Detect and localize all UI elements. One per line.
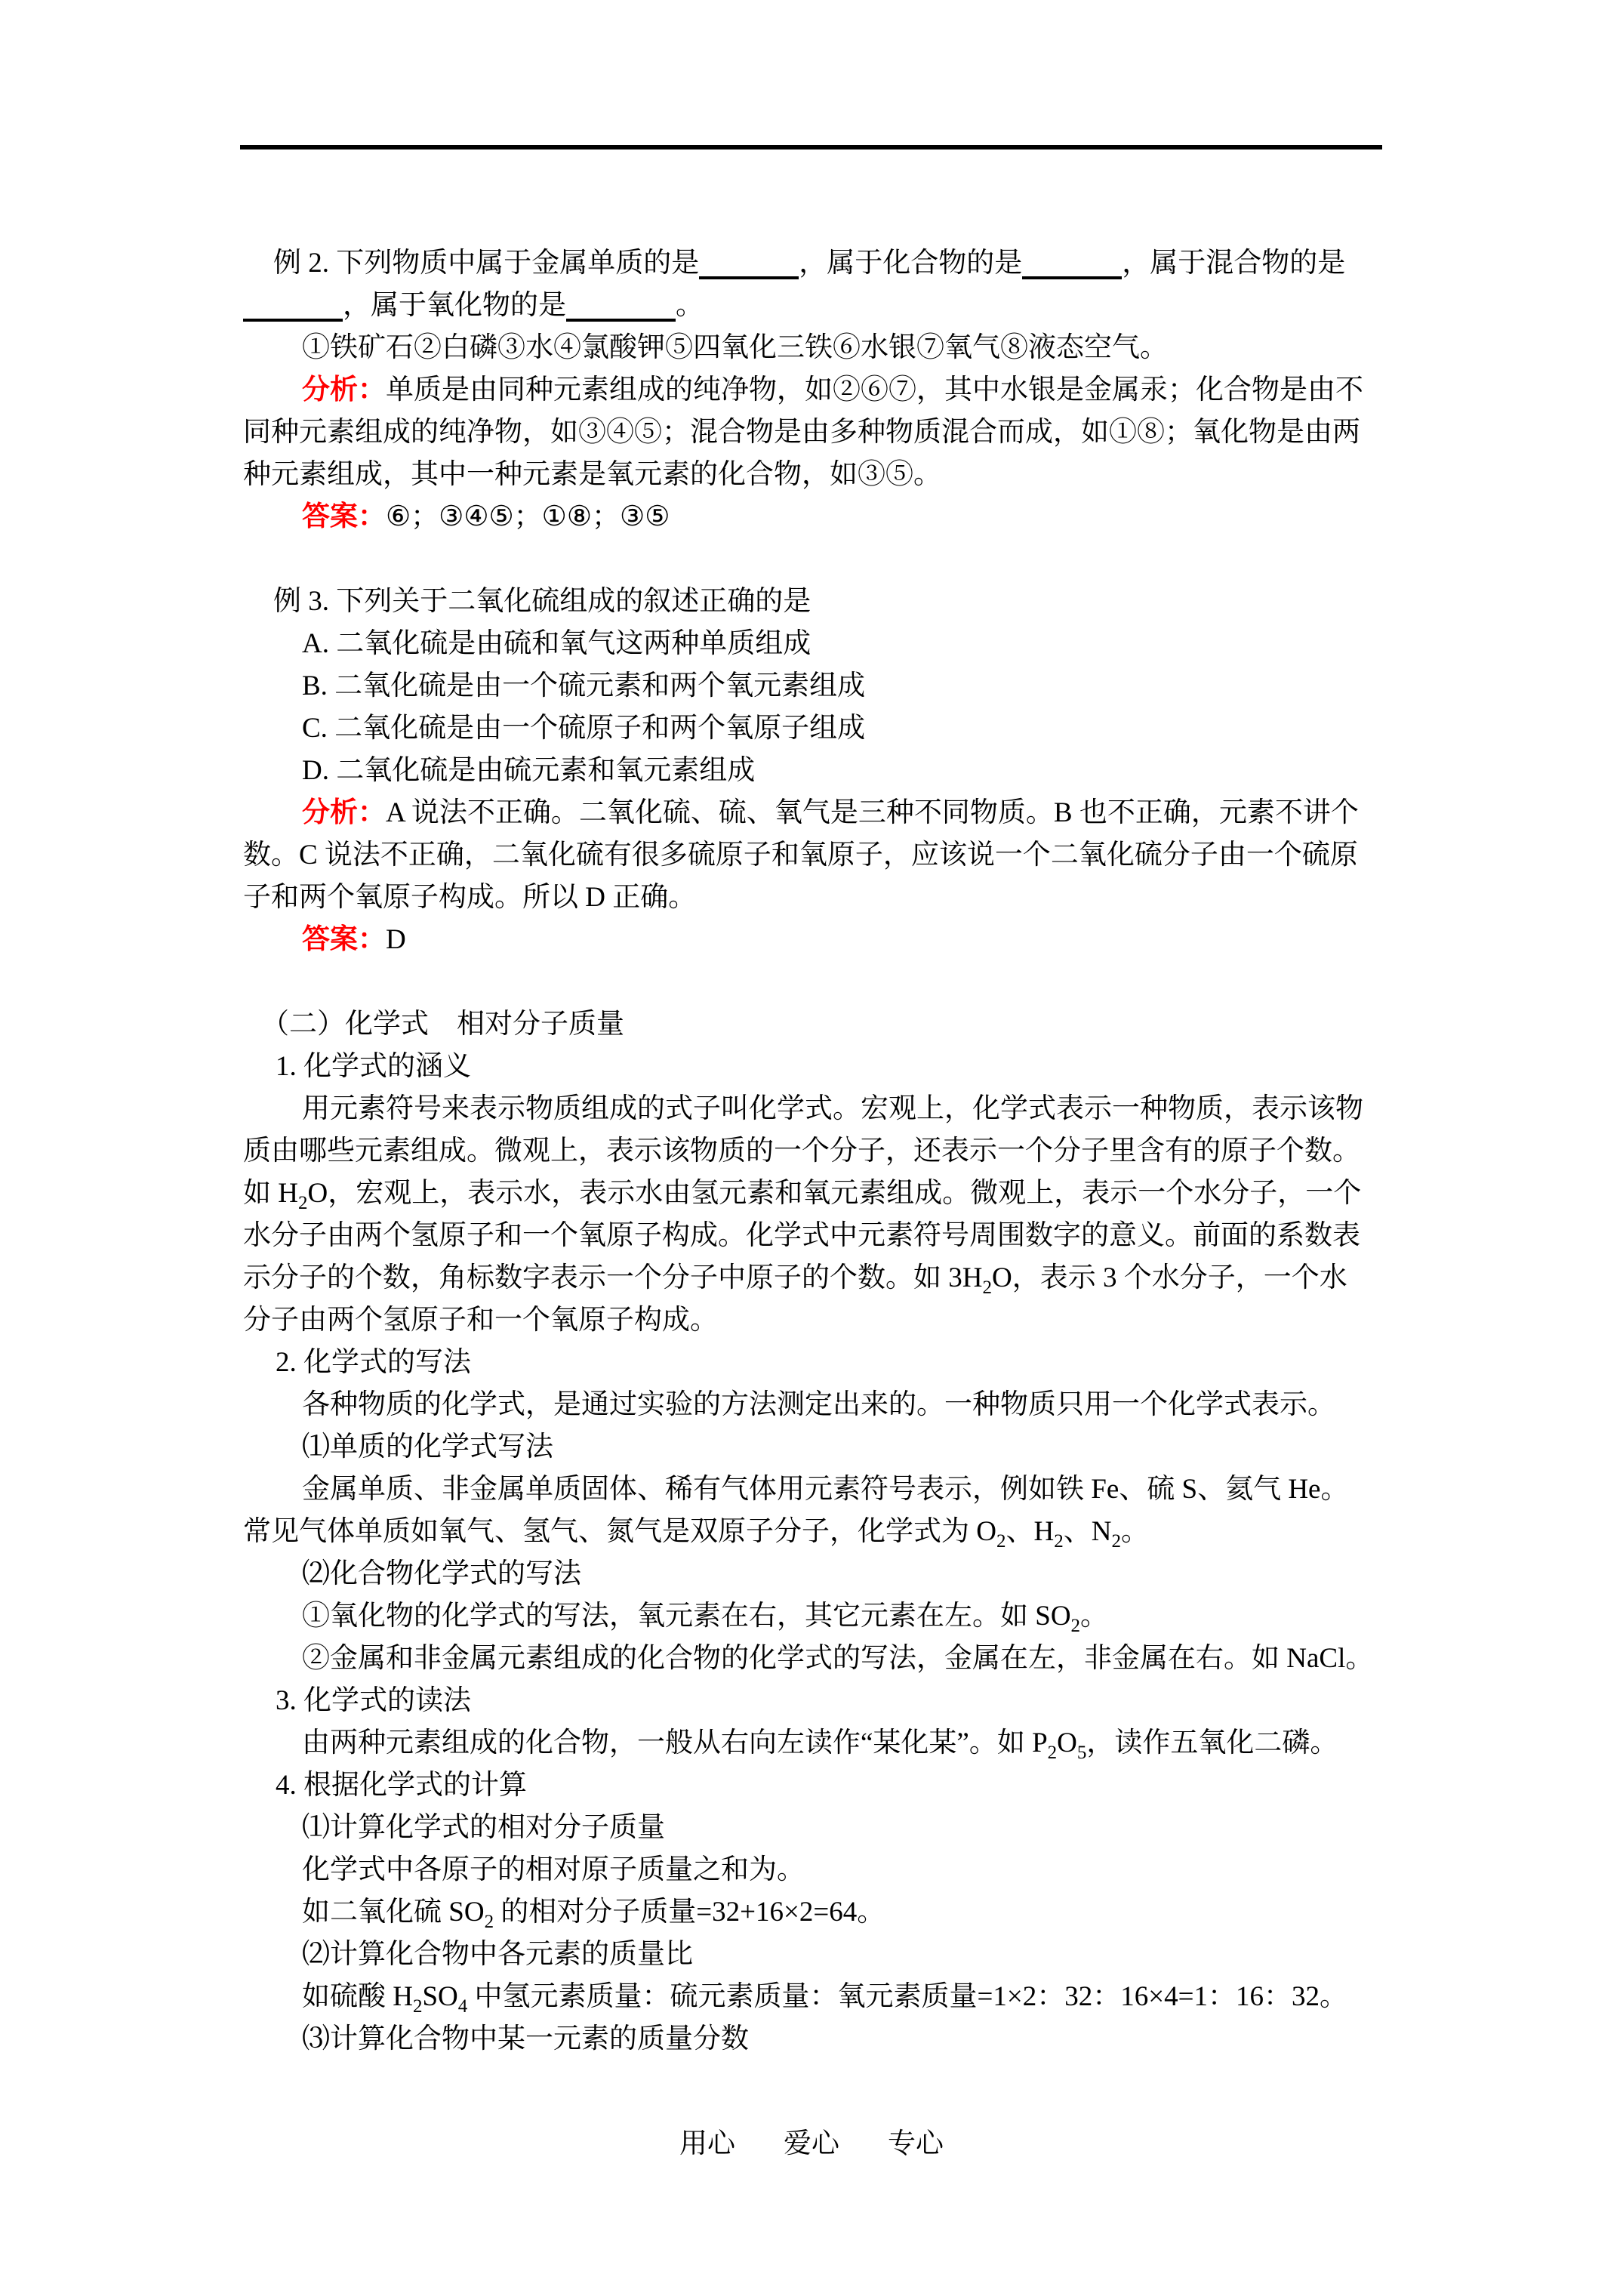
- text-segment: 例 2. 下列物质中属于金属单质的是: [273, 248, 699, 279]
- text-segment: 中氢元素质量：硫元素质量：氧元素质量=1×2：32：16×4=1：16：32。: [467, 1981, 1347, 2012]
- text-segment: 用元素符号来表示物质组成的式子叫化学式。宏观上，化学式表示一种物质，表示该物: [302, 1093, 1363, 1124]
- text-segment: 。: [676, 290, 704, 321]
- text-segment: A 说法不正确。二氧化硫、硫、氧气是三种不同物质。B 也不正确，元素不讲个: [386, 797, 1359, 828]
- text-line: 金属单质、非金属单质固体、稀有气体用元素符号表示，例如铁 Fe、硫 S、氦气 H…: [0, 1469, 1623, 1511]
- text-segment: SO: [422, 1981, 457, 2012]
- text-line: 1. 化学式的涵义: [0, 1046, 1623, 1088]
- text-line: 子和两个氧原子构成。所以 D 正确。: [0, 877, 1623, 919]
- text-segment: 数。C 说法不正确，二氧化硫有很多硫原子和氧原子，应该说一个二氧化硫分子由一个硫…: [243, 840, 1358, 871]
- text-segment: 、N: [1064, 1516, 1112, 1547]
- blank-line: [0, 961, 1623, 1003]
- text-segment: （二）化学式 相对分子质量: [261, 1009, 624, 1040]
- text-line: ⑴单质的化学式写法: [0, 1426, 1623, 1469]
- answer-label: 答案：: [302, 501, 386, 532]
- text-line: C. 二氧化硫是由一个硫原子和两个氧原子组成: [0, 707, 1623, 750]
- text-segment: ，属于混合物的是: [1122, 248, 1345, 279]
- text-segment: 单质是由同种元素组成的纯净物，如②⑥⑦，其中水银是金属汞；化合物是由不: [386, 374, 1363, 405]
- text-line: 由两种元素组成的化合物，一般从右向左读作“某化某”。如 P2O5，读作五氧化二磷…: [0, 1722, 1623, 1764]
- page-footer: 用心 爱心 专心: [0, 2123, 1623, 2165]
- fill-in-blank: [699, 275, 799, 279]
- text-line: 各种物质的化学式，是通过实验的方法测定出来的。一种物质只用一个化学式表示。: [0, 1384, 1623, 1426]
- text-line: 例 2. 下列物质中属于金属单质的是，属于化合物的是，属于混合物的是: [0, 242, 1623, 285]
- subscript: 2: [1048, 1743, 1058, 1763]
- subscript: 2: [1111, 1531, 1121, 1552]
- text-segment: 。: [1080, 1601, 1108, 1632]
- text-line: 如二氧化硫 SO2 的相对分子质量=32+16×2=64。: [0, 1891, 1623, 1934]
- text-line: ⑵化合物化学式的写法: [0, 1553, 1623, 1595]
- text-segment: ，属于氧化物的是: [343, 290, 566, 321]
- text-line: 化学式中各原子的相对原子质量之和为。: [0, 1849, 1623, 1891]
- text-segment: 如硫酸 H: [302, 1981, 413, 2012]
- text-line: 2. 化学式的写法: [0, 1342, 1623, 1384]
- text-line: ⑴计算化学式的相对分子质量: [0, 1807, 1623, 1849]
- text-line: B. 二氧化硫是由一个硫元素和两个氧元素组成: [0, 665, 1623, 707]
- text-line: 分子由两个氢原子和一个氧原子构成。: [0, 1299, 1623, 1342]
- text-segment: 子和两个氧原子构成。所以 D 正确。: [243, 882, 696, 913]
- text-line: 答案：D: [0, 919, 1623, 961]
- text-segment: 2. 化学式的写法: [276, 1347, 471, 1378]
- fill-in-blank: [566, 317, 676, 322]
- text-segment: 水分子由两个氢原子和一个氧原子构成。化学式中元素符号周围数字的意义。前面的系数表: [243, 1220, 1360, 1251]
- text-line: 例 3. 下列关于二氧化硫组成的叙述正确的是: [0, 581, 1623, 623]
- text-segment: 种元素组成，其中一种元素是氧元素的化合物，如③⑤。: [243, 459, 941, 490]
- text-segment: ②金属和非金属元素组成的化合物的化学式的写法，金属在左，非金属在右。如 NaCl…: [302, 1643, 1373, 1674]
- text-segment: 金属单质、非金属单质固体、稀有气体用元素符号表示，例如铁 Fe、硫 S、氦气 H…: [302, 1474, 1348, 1505]
- text-segment: 由两种元素组成的化合物，一般从右向左读作“某化某”。如 P: [302, 1727, 1048, 1758]
- text-segment: C. 二氧化硫是由一个硫原子和两个氧原子组成: [302, 713, 865, 744]
- text-segment: 如 H: [243, 1178, 298, 1209]
- text-line: A. 二氧化硫是由硫和氧气这两种单质组成: [0, 623, 1623, 665]
- text-line: 分析：单质是由同种元素组成的纯净物，如②⑥⑦，其中水银是金属汞；化合物是由不: [0, 369, 1623, 411]
- text-segment: ⑴计算化学式的相对分子质量: [302, 1812, 665, 1843]
- text-line: 用元素符号来表示物质组成的式子叫化学式。宏观上，化学式表示一种物质，表示该物: [0, 1088, 1623, 1130]
- subscript: 2: [982, 1277, 992, 1298]
- text-line: 示分子的个数，角标数字表示一个分子中原子的个数。如 3H2O，表示 3 个水分子…: [0, 1257, 1623, 1299]
- text-segment: 1. 化学式的涵义: [276, 1051, 471, 1082]
- text-segment: 常见气体单质如氧气、氢气、氮气是双原子分子，化学式为 O: [243, 1516, 996, 1547]
- text-segment: ⑵计算化合物中各元素的质量比: [302, 1939, 693, 1970]
- footer-motto-2: 爱心: [784, 2123, 839, 2165]
- text-segment: D. 二氧化硫是由硫元素和氧元素组成: [302, 755, 755, 786]
- text-line: ①氧化物的化学式的写法，氧元素在右，其它元素在左。如 SO2。: [0, 1595, 1623, 1638]
- text-line: 分析：A 说法不正确。二氧化硫、硫、氧气是三种不同物质。B 也不正确，元素不讲个: [0, 792, 1623, 834]
- subscript: 2: [996, 1531, 1006, 1552]
- fill-in-blank: [1022, 275, 1122, 279]
- text-line: 水分子由两个氢原子和一个氧原子构成。化学式中元素符号周围数字的意义。前面的系数表: [0, 1215, 1623, 1257]
- text-segment: 示分子的个数，角标数字表示一个分子中原子的个数。如 3H: [243, 1262, 982, 1293]
- footer-motto-1: 用心: [679, 2123, 735, 2165]
- text-line: 常见气体单质如氧气、氢气、氮气是双原子分子，化学式为 O2、H2、N2。: [0, 1511, 1623, 1553]
- text-line: 3. 化学式的读法: [0, 1680, 1623, 1722]
- text-segment: B. 二氧化硫是由一个硫元素和两个氧元素组成: [302, 670, 865, 701]
- document-body: 例 2. 下列物质中属于金属单质的是，属于化合物的是，属于混合物的是，属于氧化物…: [0, 242, 1623, 2060]
- text-segment: 的相对分子质量=32+16×2=64。: [494, 1897, 885, 1928]
- text-line: （二）化学式 相对分子质量: [0, 1003, 1623, 1046]
- subscript: 2: [1054, 1531, 1064, 1552]
- text-segment: ①氧化物的化学式的写法，氧元素在右，其它元素在左。如 SO: [302, 1601, 1071, 1632]
- subscript: 5: [1077, 1743, 1087, 1763]
- text-segment: 。: [1121, 1516, 1149, 1547]
- text-segment: 4. 根据化学式的计算: [276, 1770, 527, 1801]
- text-segment: A. 二氧化硫是由硫和氧气这两种单质组成: [302, 628, 811, 659]
- text-segment: O: [1057, 1727, 1077, 1758]
- header-rule: [240, 145, 1382, 149]
- text-segment: 同种元素组成的纯净物，如③④⑤；混合物是由多种物质混合而成，如①⑧；氧化物是由两: [243, 417, 1360, 448]
- subscript: 2: [298, 1193, 308, 1213]
- text-line: D. 二氧化硫是由硫元素和氧元素组成: [0, 750, 1623, 792]
- text-line: ⑵计算化合物中各元素的质量比: [0, 1934, 1623, 1976]
- text-line: 4. 根据化学式的计算: [0, 1764, 1623, 1807]
- text-line: 质由哪些元素组成。微观上，表示该物质的一个分子，还表示一个分子里含有的原子个数。: [0, 1130, 1623, 1173]
- answer-label: 答案：: [302, 924, 386, 955]
- subscript: 2: [413, 1996, 423, 2017]
- text-line: 答案：⑥；③④⑤；①⑧；③⑤: [0, 496, 1623, 538]
- fill-in-blank: [243, 317, 343, 322]
- text-line: ，属于氧化物的是。: [0, 285, 1623, 327]
- text-segment: ，属于化合物的是: [799, 248, 1022, 279]
- text-segment: 3. 化学式的读法: [276, 1685, 471, 1716]
- text-segment: ，读作五氧化二磷。: [1086, 1727, 1338, 1758]
- analysis-label: 分析：: [302, 374, 386, 405]
- text-segment: D: [386, 924, 406, 955]
- blank-line: [0, 538, 1623, 581]
- text-segment: 、H: [1006, 1516, 1054, 1547]
- subscript: 2: [1071, 1616, 1081, 1636]
- subscript: 2: [485, 1912, 494, 1932]
- text-segment: ⑵化合物化学式的写法: [302, 1558, 581, 1589]
- text-line: 如 H2O，宏观上，表示水，表示水由氢元素和氧元素组成。微观上，表示一个水分子，…: [0, 1173, 1623, 1215]
- text-line: ②金属和非金属元素组成的化合物的化学式的写法，金属在左，非金属在右。如 NaCl…: [0, 1638, 1623, 1680]
- text-segment: 质由哪些元素组成。微观上，表示该物质的一个分子，还表示一个分子里含有的原子个数。: [243, 1136, 1360, 1166]
- text-segment: O，表示 3 个水分子，一个水: [992, 1262, 1347, 1293]
- subscript: 4: [458, 1996, 468, 2017]
- text-line: 同种元素组成的纯净物，如③④⑤；混合物是由多种物质混合而成，如①⑧；氧化物是由两: [0, 411, 1623, 454]
- text-segment: ⑥；③④⑤；①⑧；③⑤: [386, 501, 670, 532]
- text-segment: 如二氧化硫 SO: [302, 1897, 485, 1928]
- text-line: 种元素组成，其中一种元素是氧元素的化合物，如③⑤。: [0, 454, 1623, 496]
- text-segment: ⑶计算化合物中某一元素的质量分数: [302, 2023, 749, 2054]
- footer-motto-3: 专心: [888, 2123, 944, 2165]
- text-segment: 各种物质的化学式，是通过实验的方法测定出来的。一种物质只用一个化学式表示。: [302, 1389, 1335, 1420]
- text-segment: ①铁矿石②白磷③水④氯酸钾⑤四氧化三铁⑥水银⑦氧气⑧液态空气。: [302, 332, 1168, 363]
- analysis-label: 分析：: [302, 797, 386, 828]
- text-line: ⑶计算化合物中某一元素的质量分数: [0, 2018, 1623, 2060]
- text-segment: O，宏观上，表示水，表示水由氢元素和氧元素组成。微观上，表示一个水分子，一个: [307, 1178, 1361, 1209]
- text-line: 如硫酸 H2SO4 中氢元素质量：硫元素质量：氧元素质量=1×2：32：16×4…: [0, 1976, 1623, 2018]
- text-line: ①铁矿石②白磷③水④氯酸钾⑤四氧化三铁⑥水银⑦氧气⑧液态空气。: [0, 327, 1623, 369]
- text-segment: 化学式中各原子的相对原子质量之和为。: [302, 1854, 805, 1885]
- text-segment: 分子由两个氢原子和一个氧原子构成。: [243, 1305, 718, 1336]
- text-segment: ⑴单质的化学式写法: [302, 1432, 553, 1462]
- text-line: 数。C 说法不正确，二氧化硫有很多硫原子和氧原子，应该说一个二氧化硫分子由一个硫…: [0, 834, 1623, 877]
- text-segment: 例 3. 下列关于二氧化硫组成的叙述正确的是: [273, 586, 811, 617]
